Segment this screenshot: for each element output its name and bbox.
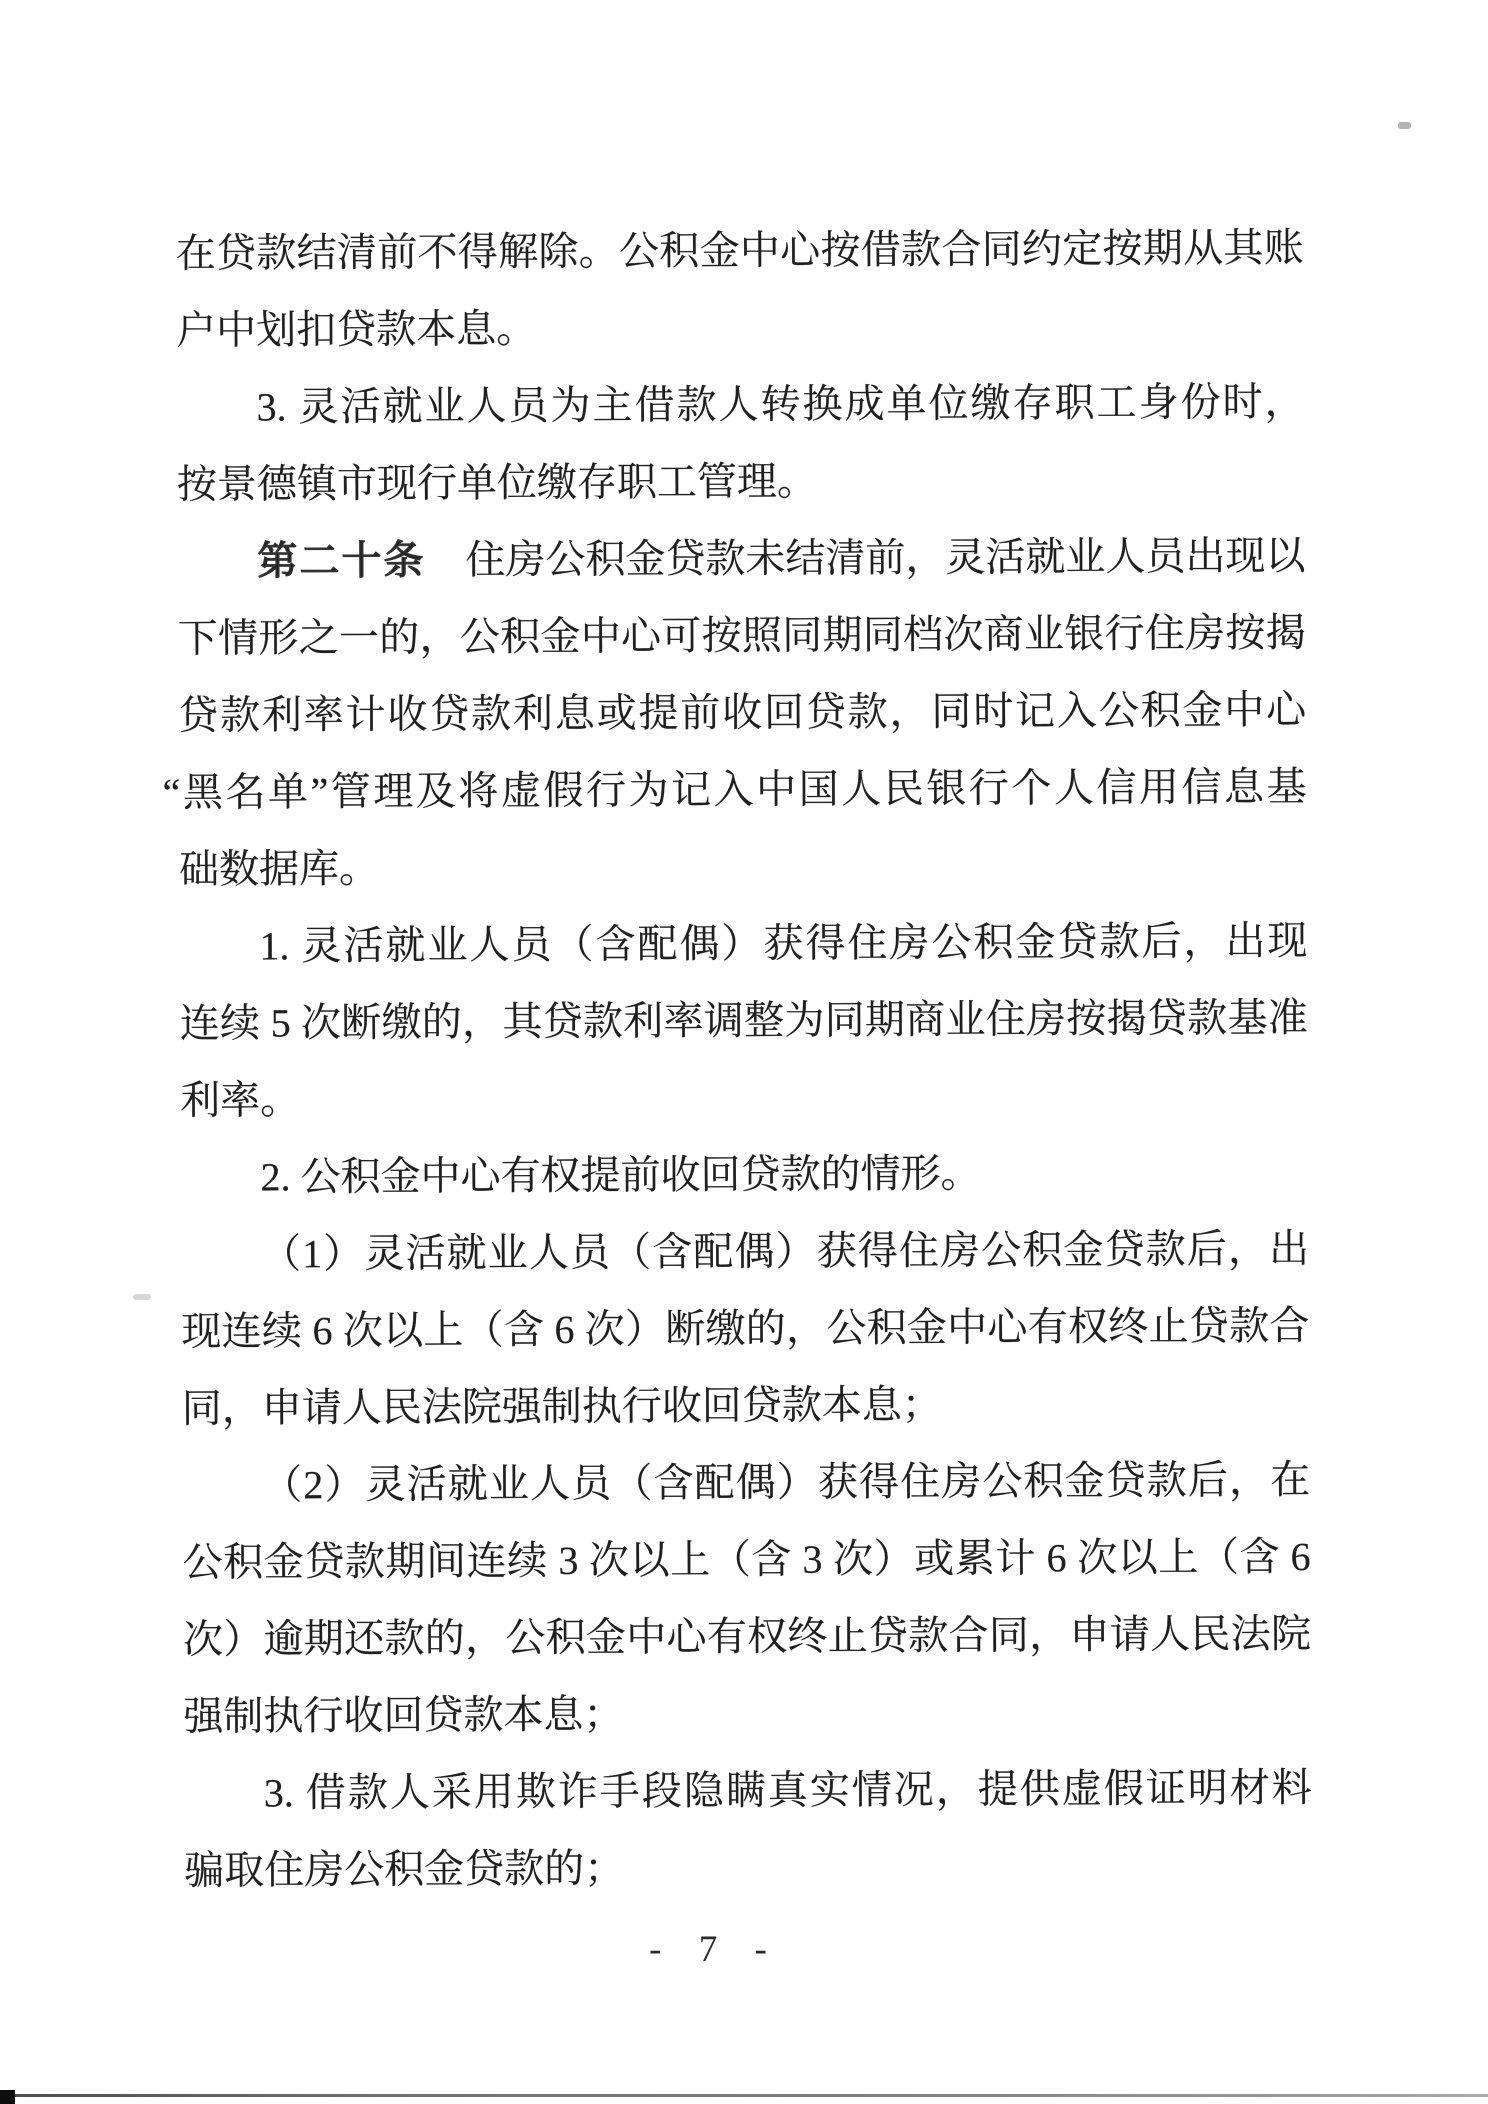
article-number-heading: 第二十条 xyxy=(257,538,425,584)
text-line: 1. 灵活就业人员（含配偶）获得住房公积金贷款后，出现 xyxy=(179,902,1307,985)
text-line: 户中划扣贷款本息。 xyxy=(176,286,1304,369)
text-line: 础数据库。 xyxy=(179,825,1307,908)
text-line: 在贷款结清前不得解除。公积金中心按借款合同约定按期从其账 xyxy=(176,209,1304,292)
text-line: 下情形之一的，公积金中心可按照同期同档次商业银行住房按揭 xyxy=(178,594,1306,677)
text-line: 3. 灵活就业人员为主借款人转换成单位缴存职工身份时， xyxy=(176,363,1304,446)
scan-edge-line-artifact xyxy=(0,2094,1488,2097)
document-text-block: 在贷款结清前不得解除。公积金中心按借款合同约定按期从其账户中划扣贷款本息。3. … xyxy=(176,209,1313,1909)
page-number: - 7 - xyxy=(0,1928,1430,1971)
text-line: 利率。 xyxy=(180,1056,1308,1139)
document-page: 在贷款结清前不得解除。公积金中心按借款合同约定按期从其账户中划扣贷款本息。3. … xyxy=(0,0,1488,2104)
text-line: 同，申请人民法院强制执行收回贷款本息； xyxy=(182,1364,1310,1447)
text-line: （1）灵活就业人员（含配偶）获得住房公积金贷款后，出 xyxy=(181,1210,1309,1293)
text-line: 次）逾期还款的，公积金中心有权终止贷款合同，申请人民法院 xyxy=(183,1595,1311,1678)
text-line: 强制执行收回贷款本息； xyxy=(183,1672,1311,1755)
text-line: “黑名单”管理及将虚假行为记入中国人民银行个人信用信息基 xyxy=(162,748,1306,831)
text-line: 骗取住房公积金贷款的； xyxy=(184,1826,1312,1909)
text-line: 按景德镇市现行单位缴存职工管理。 xyxy=(177,440,1305,523)
scan-speck-artifact xyxy=(133,1294,151,1300)
scan-speck-artifact xyxy=(1398,122,1411,129)
text-line: 3. 借款人采用欺诈手段隐瞒真实情况，提供虚假证明材料 xyxy=(184,1749,1312,1832)
text-line: 公积金贷款期间连续 3 次以上（含 3 次）或累计 6 次以上（含 6 xyxy=(182,1518,1310,1601)
text-line: 2. 公积金中心有权提前收回贷款的情形。 xyxy=(180,1133,1308,1216)
text-line: 现连续 6 次以上（含 6 次）断缴的，公积金中心有权终止贷款合 xyxy=(181,1287,1309,1370)
text-line: 连续 5 次断缴的，其贷款利率调整为同期商业住房按揭贷款基准 xyxy=(180,979,1308,1062)
text-line: 贷款利率计收贷款利息或提前收回贷款，同时记入公积金中心 xyxy=(178,671,1306,754)
text-line: 第二十条 住房公积金贷款未结清前，灵活就业人员出现以 xyxy=(177,517,1305,600)
scan-corner-artifact xyxy=(0,2090,15,2104)
text-line: （2）灵活就业人员（含配偶）获得住房公积金贷款后，在 xyxy=(182,1441,1310,1524)
